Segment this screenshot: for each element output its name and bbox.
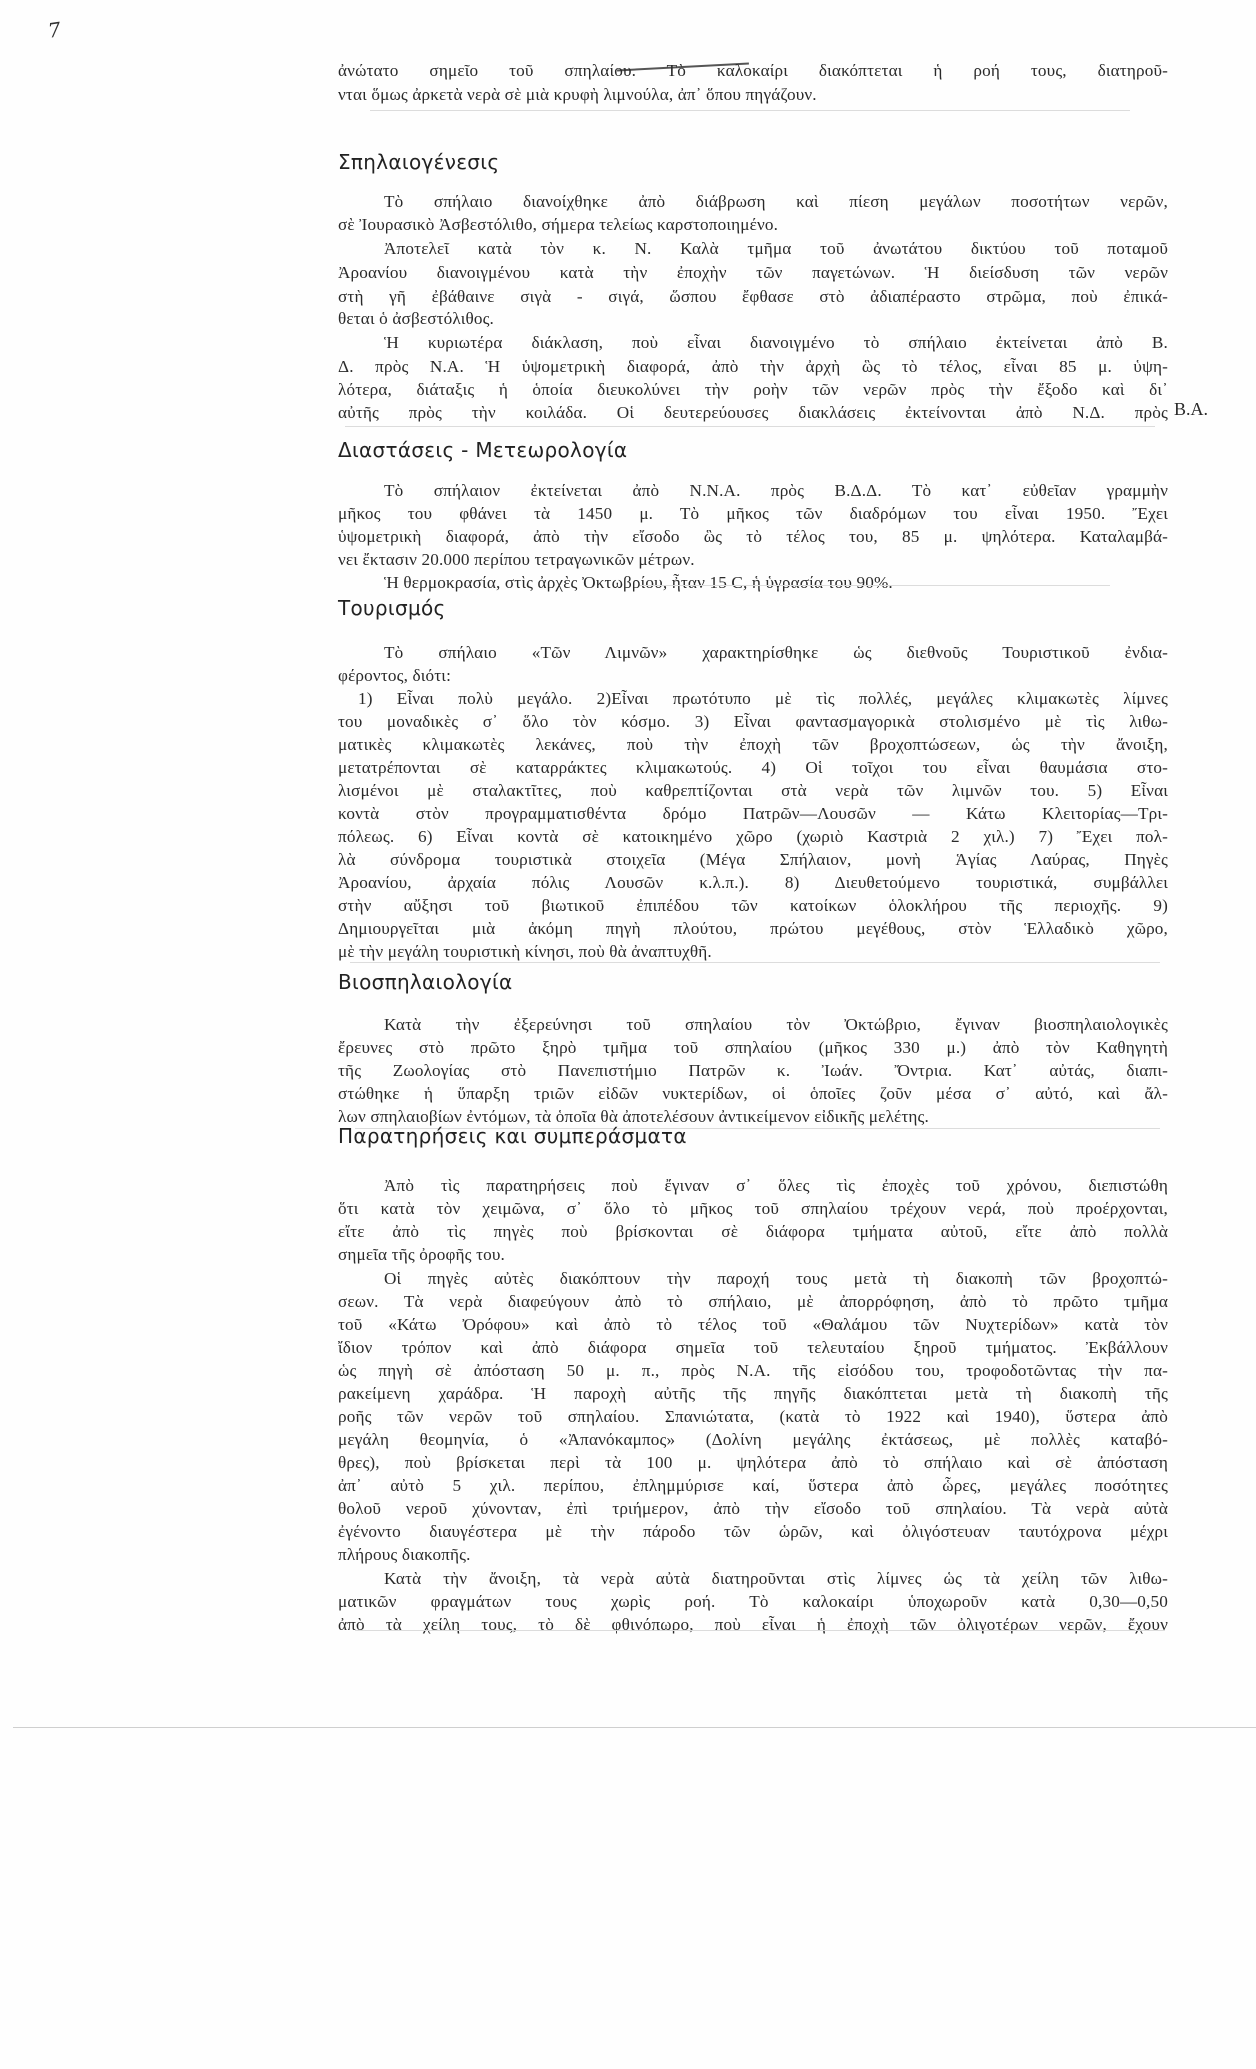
text-line: ὅτι κατὰ τὸν χειμῶνα, σ᾽ ὅλο τὸ μῆκος το… — [338, 1198, 1168, 1220]
text-line: λισμένοι μὲ σταλακτῖτες, ποὺ καθρεπτίζον… — [338, 780, 1168, 802]
text-line: ματικῶν φραγμάτων τους χωρὶς ροή. Τὸ καλ… — [338, 1591, 1168, 1613]
text-line: ἐγένοντο διαυγέστερα μὲ τὴν πάροδο τῶν ὡ… — [338, 1521, 1168, 1543]
text-line: σημεῖα τῆς ὀροφῆς του. — [338, 1244, 1168, 1266]
text-line: πόλεως. 6) Εἶναι κοντὰ σὲ κατοικημένο χῶ… — [338, 826, 1168, 848]
text-line: του μοναδικὲς σ᾽ ὅλο τὸν κόσμο. 3) Εἶναι… — [338, 711, 1168, 733]
text-line: τῆς Ζωολογίας στὸ Πανεπιστήμιο Πατρῶν κ.… — [338, 1060, 1168, 1082]
text-line: ἀπὸ τὰ χείλη τους, τὸ δὲ φθινόπωρο, ποὺ … — [338, 1614, 1168, 1636]
section-heading-tourism: Τουρισμός — [338, 596, 446, 620]
text-line: Δ. πρὸς Ν.Α. Ἡ ὑψομετρικὴ διαφορά, ἀπὸ τ… — [338, 356, 1168, 378]
text-line: τοῦ «Κάτω Ὀρόφου» καὶ ἀπὸ τὸ τέλος τοῦ «… — [338, 1314, 1168, 1336]
text-line: φέροντος, διότι: — [338, 665, 1168, 687]
text-line: ρακείμενη χαράδρα. Ἡ παροχὴ αὐτῆς τῆς πη… — [338, 1383, 1168, 1405]
text-line: νει ἔκτασιν 20.000 περίπου τετραγωνικῶν … — [338, 549, 1168, 571]
text-line: ὑψομετρικὴ διαφορά, ἀπὸ τὴν εἴσοδο ὣς τὸ… — [338, 526, 1168, 548]
text-line: Ἀποτελεῖ κατὰ τὸν κ. Ν. Καλὰ τμῆμα τοῦ ἀ… — [338, 238, 1168, 260]
text-line: Οἱ πηγὲς αὐτὲς διακόπτουν τὴν παροχή του… — [338, 1268, 1168, 1290]
text-line: ἔρευνες στὸ πρῶτο ξηρὸ τμῆμα τοῦ σπηλαίο… — [338, 1037, 1168, 1059]
text-line: ροῆς τῶν νερῶν τοῦ σπηλαίου. Σπανιώτατα,… — [338, 1406, 1168, 1428]
text-line: κοντὰ στὸν προγραμματισθέντα δρόμο Πατρῶ… — [338, 803, 1168, 825]
text-line: στὴν αὔξησι τοῦ βιωτικοῦ ἐπιπέδου τῶν κα… — [338, 895, 1168, 917]
page-edge-line — [13, 1727, 1256, 1728]
text-line: ματικὲς κλιμακωτὲς λεκάνες, ποὺ τὴν ἐποχ… — [338, 734, 1168, 756]
text-line: λότερα, διάταξις ἡ ὁποία διευκολύνει τὴν… — [338, 379, 1168, 401]
text-line: μῆκος του φθάνει τὰ 1450 μ. Τὸ μῆκος τῶν… — [338, 503, 1168, 525]
text-line: στώθηκε ἡ ὕπαρξη τριῶν εἰδῶν νυκτερίδων,… — [338, 1083, 1168, 1105]
text-line: Ἀπὸ τὶς παρατηρήσεις ποὺ ἔγιναν σ᾽ ὅλες … — [338, 1175, 1168, 1197]
text-line: Ἀροανίου, ἀρχαία πόλις Λουσῶν κ.λ.π.). 8… — [338, 872, 1168, 894]
text-line: ἴδιον τρόπον καὶ ἀπὸ διάφορα σημεῖα τοῦ … — [338, 1337, 1168, 1359]
text-line: Τὸ σπήλαιον ἐκτείνεται ἀπὸ Ν.Ν.Α. πρὸς Β… — [338, 480, 1168, 502]
section-heading-biospeleology: Βιοσπηλαιολογία — [338, 970, 513, 994]
text-line: ἀνώτατο σημεῖο τοῦ σπηλαίου. Τὸ καλοκαίρ… — [338, 60, 1168, 82]
text-line: ὡς πηγὴ σὲ ἀπόσταση 50 μ. π., πρὸς Ν.Α. … — [338, 1360, 1168, 1382]
text-line: μὲ τὴν μεγάλη τουριστικὴ κίνησι, ποὺ θὰ … — [338, 941, 1168, 963]
text-line: μεγάλη θεομηνία, ὁ «Ἀπανόκαμπος» (Δολίνη… — [338, 1429, 1168, 1451]
handwritten-page-number: 7 — [46, 17, 62, 43]
text-line: εἴτε ἀπὸ τὶς πηγὲς ποὺ βρίσκονται σὲ διά… — [338, 1221, 1168, 1243]
text-line: Τὸ σπήλαιο «Τῶν Λιμνῶν» χαρακτηρίσθηκε ὡ… — [338, 642, 1168, 664]
text-line: μετατρέπονται σὲ καταρράκτες κλιμακωτούς… — [338, 757, 1168, 779]
text-line: σὲ Ἰουρασικὸ Ἀσβεστόλιθο, σήμερα τελείως… — [338, 214, 1168, 236]
text-line: Ἡ θερμοκρασία, στὶς ἀρχὲς Ὀκτωβρίου, ἦτα… — [338, 572, 1168, 594]
text-line: Ἀροανίου διανοιγμένου κατὰ τὴν ἐποχὴν τῶ… — [338, 262, 1168, 284]
text-line: στὴ γῆ ἐβάθαινε σιγὰ - σιγά, ὥσπου ἔφθασ… — [338, 286, 1168, 308]
text-line: νται ὅμως ἀρκετὰ νερὰ σὲ μιὰ κρυφὴ λιμνο… — [338, 84, 1168, 106]
text-line: θεται ὁ ἀσβεστόλιθος. — [338, 308, 1168, 330]
text-line: πλήρους διακοπῆς. — [338, 1544, 1168, 1566]
section-heading-dimensions: Διαστάσεις - Μετεωρολογία — [338, 438, 627, 462]
section-heading-speleogenesis: Σπηλαιογένεσις — [338, 150, 499, 174]
scanned-page: 7 Β.Α. ἀνώτατο σημεῖο τοῦ σπηλαίου. Τὸ κ… — [0, 0, 1256, 2069]
text-line: λὰ σύνδρομα τουριστικὰ στοιχεῖα (Μέγα Σπ… — [338, 849, 1168, 871]
text-line: Κατὰ τὴν ἄνοιξη, τὰ νερὰ αὐτὰ διατηροῦντ… — [338, 1568, 1168, 1590]
text-line: αὐτῆς πρὸς τὴν κοιλάδα. Οἱ δευτερεύουσες… — [338, 402, 1168, 424]
text-line: Τὸ σπήλαιο διανοίχθηκε ἀπὸ διάβρωση καὶ … — [338, 191, 1168, 213]
text-line: 1) Εἶναι πολὺ μεγάλο. 2)Εἶναι πρωτότυπο … — [338, 688, 1168, 710]
text-line: θρες), ποὺ βρίσκεται περὶ τὰ 100 μ. ψηλό… — [338, 1452, 1168, 1474]
text-line: θολοῦ νεροῦ χύνονταν, ἐπὶ τριήμερον, ἀπὸ… — [338, 1498, 1168, 1520]
text-line: Δημιουργεῖται μιὰ ἀκόμη πηγὴ πλούτου, πρ… — [338, 918, 1168, 940]
text-line: Κατὰ τὴν ἐξερεύνησι τοῦ σπηλαίου τὸν Ὀκτ… — [338, 1014, 1168, 1036]
text-line: σεων. Τὰ νερὰ διαφεύγουν ἀπὸ τὸ σπήλαιο,… — [338, 1291, 1168, 1313]
text-line: Ἡ κυριωτέρα διάκλαση, ποὺ εἶναι διανοιγμ… — [338, 332, 1168, 354]
section-heading-observations: Παρατηρήσεις και συμπεράσματα — [338, 1124, 687, 1148]
margin-note: Β.Α. — [1174, 399, 1208, 420]
text-line: ἀπ᾽ αὐτὸ 5 χιλ. περίπου, ἐπλημμύρισε καί… — [338, 1475, 1168, 1497]
